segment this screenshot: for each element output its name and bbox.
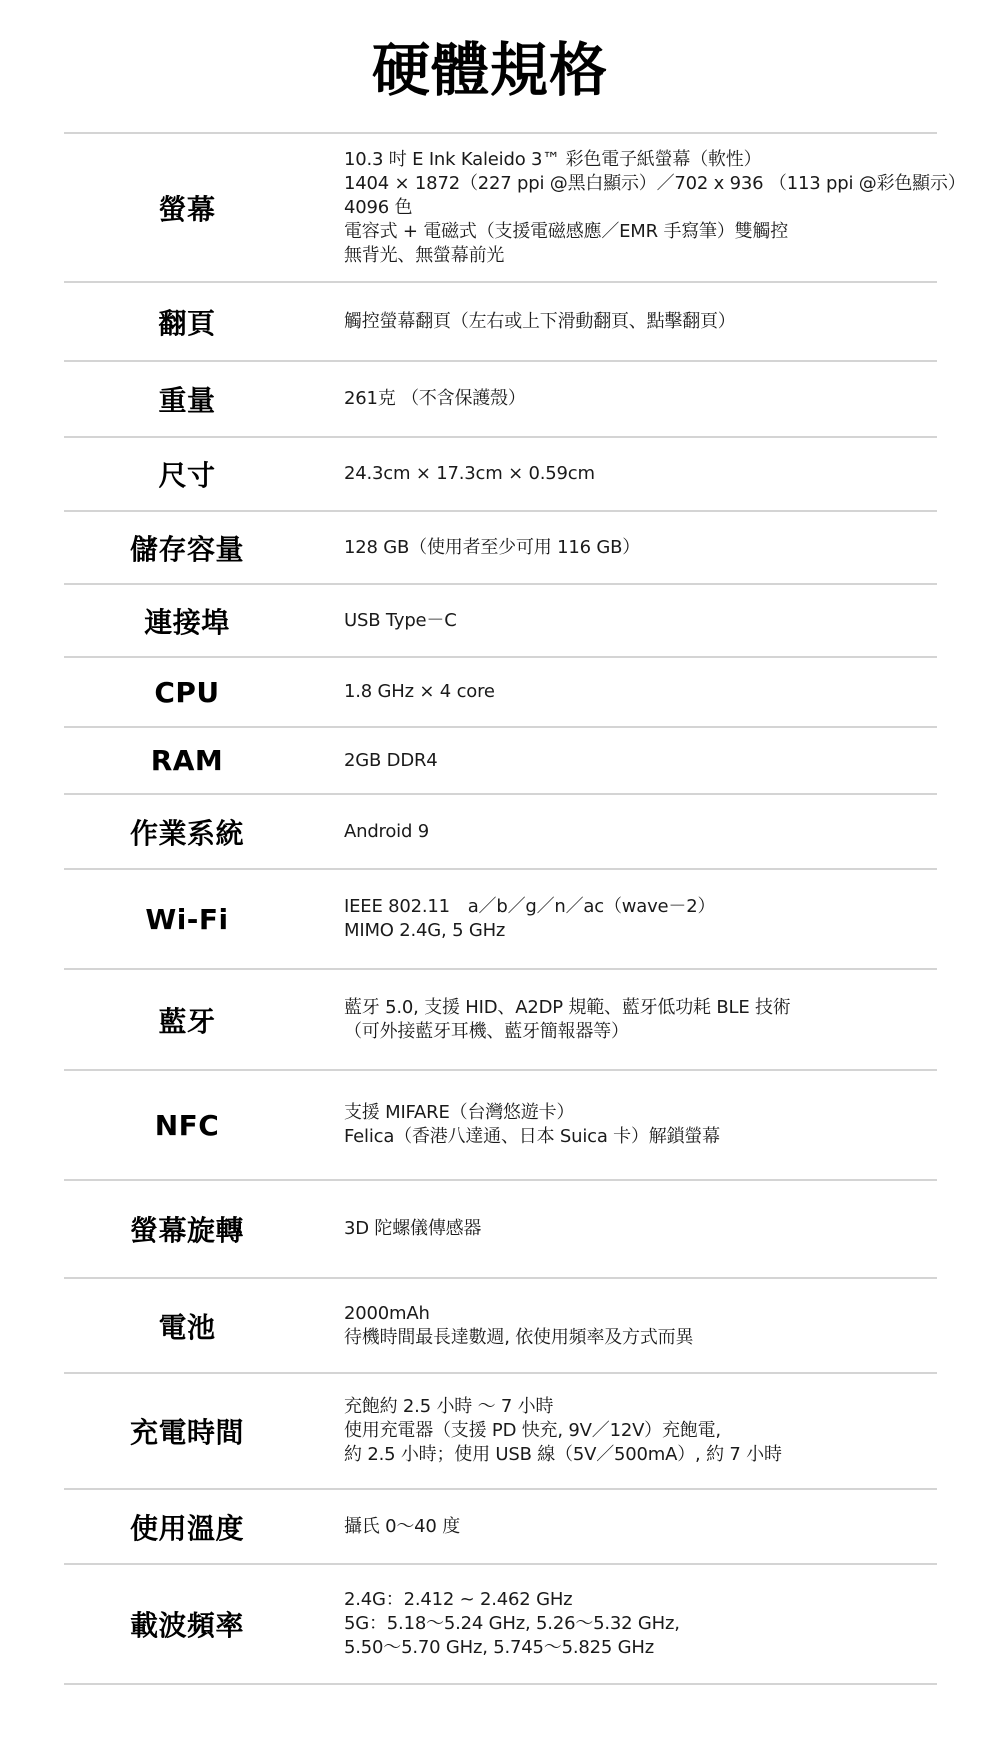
spec-row-port: 連接埠 USB Type－C bbox=[64, 585, 937, 658]
spec-value-line: 充飽約 2.5 小時 ～ 7 小時 bbox=[344, 1395, 782, 1419]
spec-value: 支援 MIFARE（台灣悠遊卡） Felica（香港八達通、日本 Suica 卡… bbox=[310, 1101, 720, 1149]
spec-value: 藍牙 5.0, 支援 HID、A2DP 規範、藍牙低功耗 BLE 技術 （可外接… bbox=[310, 996, 791, 1044]
spec-label: CPU bbox=[64, 676, 310, 709]
spec-label: RAM bbox=[64, 744, 310, 777]
spec-label: 螢幕 bbox=[64, 188, 310, 228]
spec-table: 螢幕 10.3 吋 E Ink Kaleido 3™ 彩色電子紙螢幕（軟性） 1… bbox=[64, 132, 937, 1685]
spec-value: 24.3cm × 17.3cm × 0.59cm bbox=[310, 462, 595, 486]
spec-label: 翻頁 bbox=[64, 302, 310, 342]
spec-label: 螢幕旋轉 bbox=[64, 1209, 310, 1249]
spec-value-line: 128 GB（使用者至少可用 116 GB） bbox=[344, 536, 640, 560]
spec-value-line: Android 9 bbox=[344, 820, 429, 844]
page-title: 硬體規格 bbox=[0, 30, 980, 110]
spec-value: USB Type－C bbox=[310, 609, 457, 633]
spec-row-battery: 電池 2000mAh 待機時間最長達數週, 依使用頻率及方式而異 bbox=[64, 1279, 937, 1374]
spec-value-line: 5.50～5.70 GHz, 5.745～5.825 GHz bbox=[344, 1636, 680, 1660]
spec-row-os: 作業系統 Android 9 bbox=[64, 795, 937, 870]
spec-row-bluetooth: 藍牙 藍牙 5.0, 支援 HID、A2DP 規範、藍牙低功耗 BLE 技術 （… bbox=[64, 970, 937, 1071]
spec-label: 尺寸 bbox=[64, 454, 310, 494]
spec-value: 3D 陀螺儀傳感器 bbox=[310, 1217, 481, 1241]
spec-value-line: （可外接藍牙耳機、藍牙簡報器等） bbox=[344, 1020, 791, 1044]
spec-value: Android 9 bbox=[310, 820, 429, 844]
spec-value-line: 24.3cm × 17.3cm × 0.59cm bbox=[344, 462, 595, 486]
spec-value-line: 觸控螢幕翻頁（左右或上下滑動翻頁、點擊翻頁） bbox=[344, 310, 736, 334]
spec-value-line: Felica（香港八達通、日本 Suica 卡）解鎖螢幕 bbox=[344, 1125, 720, 1149]
spec-row-dimensions: 尺寸 24.3cm × 17.3cm × 0.59cm bbox=[64, 438, 937, 512]
spec-value-line: 無背光、無螢幕前光 bbox=[344, 244, 966, 268]
spec-value: 261克 （不含保護殼） bbox=[310, 387, 526, 411]
spec-label: 電池 bbox=[64, 1306, 310, 1346]
spec-row-nfc: NFC 支援 MIFARE（台灣悠遊卡） Felica（香港八達通、日本 Sui… bbox=[64, 1071, 937, 1181]
spec-value-line: MIMO 2.4G, 5 GHz bbox=[344, 919, 715, 943]
spec-row-screen: 螢幕 10.3 吋 E Ink Kaleido 3™ 彩色電子紙螢幕（軟性） 1… bbox=[64, 134, 937, 283]
spec-value-line: IEEE 802.11 a／b／g／n／ac（wave－2） bbox=[344, 895, 715, 919]
spec-page: 硬體規格 螢幕 10.3 吋 E Ink Kaleido 3™ 彩色電子紙螢幕（… bbox=[0, 0, 1000, 1750]
spec-value-line: USB Type－C bbox=[344, 609, 457, 633]
spec-label: 使用溫度 bbox=[64, 1507, 310, 1547]
spec-value-line: 1.8 GHz × 4 core bbox=[344, 680, 495, 704]
spec-value-line: 電容式 + 電磁式（支援電磁感應／EMR 手寫筆）雙觸控 bbox=[344, 220, 966, 244]
spec-value-line: 2.4G：2.412 ~ 2.462 GHz bbox=[344, 1588, 680, 1612]
spec-value: 1.8 GHz × 4 core bbox=[310, 680, 495, 704]
spec-value-line: 待機時間最長達數週, 依使用頻率及方式而異 bbox=[344, 1326, 693, 1350]
spec-label: 作業系統 bbox=[64, 812, 310, 852]
spec-row-charging-time: 充電時間 充飽約 2.5 小時 ～ 7 小時 使用充電器（支援 PD 快充, 9… bbox=[64, 1374, 937, 1490]
spec-row-temperature: 使用溫度 攝氏 0～40 度 bbox=[64, 1490, 937, 1565]
spec-label: Wi-Fi bbox=[64, 903, 310, 936]
spec-value-line: 10.3 吋 E Ink Kaleido 3™ 彩色電子紙螢幕（軟性） bbox=[344, 148, 966, 172]
spec-label: 充電時間 bbox=[64, 1411, 310, 1451]
spec-value-line: 2000mAh bbox=[344, 1302, 693, 1326]
spec-value: 攝氏 0～40 度 bbox=[310, 1515, 460, 1539]
spec-value: 128 GB（使用者至少可用 116 GB） bbox=[310, 536, 640, 560]
spec-value-line: 約 2.5 小時；使用 USB 線（5V／500mA）, 約 7 小時 bbox=[344, 1443, 782, 1467]
spec-value-line: 支援 MIFARE（台灣悠遊卡） bbox=[344, 1101, 720, 1125]
spec-value: 10.3 吋 E Ink Kaleido 3™ 彩色電子紙螢幕（軟性） 1404… bbox=[310, 148, 966, 268]
spec-row-carrier-frequency: 載波頻率 2.4G：2.412 ~ 2.462 GHz 5G：5.18～5.24… bbox=[64, 1565, 937, 1685]
spec-row-wifi: Wi-Fi IEEE 802.11 a／b／g／n／ac（wave－2） MIM… bbox=[64, 870, 937, 970]
spec-value-line: 4096 色 bbox=[344, 196, 966, 220]
spec-row-page-turn: 翻頁 觸控螢幕翻頁（左右或上下滑動翻頁、點擊翻頁） bbox=[64, 283, 937, 362]
spec-row-ram: RAM 2GB DDR4 bbox=[64, 728, 937, 795]
spec-row-storage: 儲存容量 128 GB（使用者至少可用 116 GB） bbox=[64, 512, 937, 585]
spec-value: 充飽約 2.5 小時 ～ 7 小時 使用充電器（支援 PD 快充, 9V／12V… bbox=[310, 1395, 782, 1467]
spec-label: 藍牙 bbox=[64, 1000, 310, 1040]
spec-label: 儲存容量 bbox=[64, 528, 310, 568]
spec-value: IEEE 802.11 a／b／g／n／ac（wave－2） MIMO 2.4G… bbox=[310, 895, 715, 943]
spec-label: 連接埠 bbox=[64, 601, 310, 641]
spec-value-line: 261克 （不含保護殼） bbox=[344, 387, 526, 411]
spec-value: 2000mAh 待機時間最長達數週, 依使用頻率及方式而異 bbox=[310, 1302, 693, 1350]
spec-value-line: 2GB DDR4 bbox=[344, 749, 438, 773]
spec-row-rotation: 螢幕旋轉 3D 陀螺儀傳感器 bbox=[64, 1181, 937, 1279]
spec-label: NFC bbox=[64, 1109, 310, 1142]
spec-value-line: 使用充電器（支援 PD 快充, 9V／12V）充飽電, bbox=[344, 1419, 782, 1443]
spec-value: 2GB DDR4 bbox=[310, 749, 438, 773]
spec-row-cpu: CPU 1.8 GHz × 4 core bbox=[64, 658, 937, 728]
spec-value: 觸控螢幕翻頁（左右或上下滑動翻頁、點擊翻頁） bbox=[310, 310, 736, 334]
spec-label: 重量 bbox=[64, 379, 310, 419]
spec-label: 載波頻率 bbox=[64, 1604, 310, 1644]
spec-value-line: 藍牙 5.0, 支援 HID、A2DP 規範、藍牙低功耗 BLE 技術 bbox=[344, 996, 791, 1020]
spec-value-line: 1404 × 1872（227 ppi @黑白顯示）／702 x 936 （11… bbox=[344, 172, 966, 196]
spec-row-weight: 重量 261克 （不含保護殼） bbox=[64, 362, 937, 438]
spec-value: 2.4G：2.412 ~ 2.462 GHz 5G：5.18～5.24 GHz,… bbox=[310, 1588, 680, 1660]
spec-value-line: 3D 陀螺儀傳感器 bbox=[344, 1217, 481, 1241]
spec-value-line: 攝氏 0～40 度 bbox=[344, 1515, 460, 1539]
spec-value-line: 5G：5.18～5.24 GHz, 5.26～5.32 GHz, bbox=[344, 1612, 680, 1636]
